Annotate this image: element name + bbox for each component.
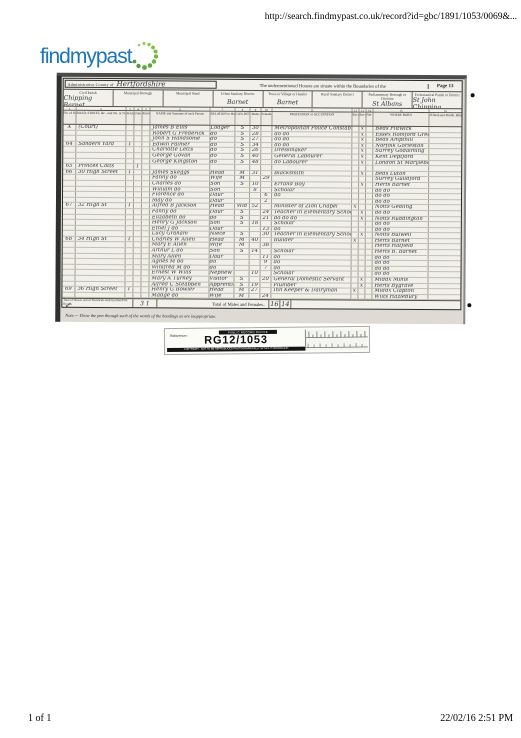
census-cell <box>429 205 461 210</box>
census-cell <box>235 199 250 204</box>
census-cell: 24 <box>261 210 272 215</box>
census-cell <box>126 243 134 248</box>
census-cell: 28 <box>250 132 261 137</box>
census-cell <box>359 250 366 255</box>
census-cell: M <box>235 171 250 176</box>
census-body: X(Court)James B EllisLodgerS30Metropolit… <box>62 125 461 301</box>
census-cell <box>126 136 134 141</box>
census-cell <box>366 132 373 137</box>
census-cell: Wid <box>235 204 250 209</box>
census-cell <box>134 142 142 147</box>
census-cell <box>134 215 142 220</box>
census-cell <box>142 215 150 220</box>
census-cell: Charles do <box>150 181 210 186</box>
census-cell <box>125 282 133 287</box>
census-cell <box>261 160 272 165</box>
census-cell: Ernest W Wills <box>150 271 210 276</box>
census-cell <box>359 177 366 182</box>
column-number: 4 <box>135 107 143 110</box>
census-cell: 7 <box>261 266 272 271</box>
census-cell <box>261 171 272 176</box>
census-cell: S <box>235 143 250 148</box>
census-cell <box>352 149 359 154</box>
census-cell <box>126 226 134 231</box>
district-value <box>163 95 212 106</box>
census-cell <box>373 166 429 171</box>
census-cell: Head <box>210 204 235 209</box>
census-cell <box>429 211 461 216</box>
census-cell <box>365 294 372 299</box>
census-cell: x <box>359 138 366 143</box>
census-cell: Middx Clapton <box>372 289 428 294</box>
column-header: Rooms if less than 5 <box>142 111 150 124</box>
census-cell <box>142 232 150 237</box>
census-cell <box>126 215 134 220</box>
census-cell: 32 High St <box>76 203 126 208</box>
census-cell <box>429 155 461 160</box>
census-cell: 1 <box>126 237 134 242</box>
census-cell <box>126 198 134 203</box>
census-cell <box>359 255 366 260</box>
census-cell: London St Marylebone <box>373 160 429 165</box>
census-cell: Alfred C Steabben <box>149 282 209 287</box>
census-cell: 10 <box>250 271 261 276</box>
district-column: Town or Village or HamletBarnet <box>263 91 313 107</box>
census-cell <box>429 272 461 277</box>
census-cell <box>134 209 142 214</box>
census-cell <box>250 255 261 260</box>
census-cell <box>429 149 461 154</box>
census-cell <box>250 260 261 265</box>
census-cell <box>63 270 76 275</box>
census-cell <box>142 265 150 270</box>
column-header: Females <box>261 112 272 125</box>
census-cell: Errand Boy <box>272 182 352 187</box>
census-cell: S <box>235 215 250 220</box>
census-cell: Mary E Allen <box>150 243 210 248</box>
census-cell <box>76 186 126 191</box>
district-column: Municipal Borough <box>113 90 163 106</box>
census-cell <box>429 261 461 266</box>
census-cell: Minister of Zion Chapel <box>272 204 352 209</box>
census-cell <box>429 144 461 149</box>
census-cell <box>250 227 261 232</box>
census-cell <box>126 131 134 136</box>
census-cell <box>76 130 126 135</box>
census-cell <box>134 243 142 248</box>
census-cell: M <box>235 176 250 181</box>
census-cell <box>352 255 359 260</box>
admin-county-label: Administrative County of <box>68 81 114 86</box>
census-cell <box>76 181 126 186</box>
census-cell <box>126 231 134 236</box>
census-cell <box>261 165 272 170</box>
census-cell <box>366 183 373 188</box>
census-cell <box>63 253 76 258</box>
census-cell <box>352 261 359 266</box>
census-cell: S <box>235 232 250 237</box>
record-label-inner: PUBLIC RECORD OFFICE Reference:- RG12/10… <box>167 329 367 352</box>
district-value: Chipping Barnet <box>64 95 113 106</box>
census-cell: James B Ellis <box>150 125 210 130</box>
census-cell <box>429 217 461 222</box>
census-cell <box>142 237 150 242</box>
census-cell <box>250 193 261 198</box>
census-cell: Daur <box>210 210 235 215</box>
census-cell <box>429 166 461 171</box>
census-cell: General Domestic Servant <box>271 277 351 282</box>
census-cell <box>142 125 150 130</box>
census-cell <box>352 160 359 165</box>
totals-spacer <box>157 300 212 308</box>
census-cell: 31 <box>250 171 261 176</box>
census-cell <box>428 289 460 294</box>
census-cell <box>351 283 358 288</box>
census-cell <box>126 259 134 264</box>
copyright-bar: COPYRIGHT - NOT TO BE REPRODUCED PHOTOGR… <box>167 347 305 352</box>
census-cell <box>366 233 373 238</box>
census-cell <box>359 205 366 210</box>
census-cell <box>126 220 134 225</box>
census-cell: Princes Cotts <box>76 164 126 169</box>
census-cell <box>429 189 461 194</box>
census-cell: 9 <box>261 260 272 265</box>
census-cell: Teacher in Elementary School <box>272 232 352 237</box>
census-cell: Beds Ampthill <box>373 138 429 143</box>
census-cell: do do <box>373 227 429 232</box>
census-cell <box>429 200 461 205</box>
census-cell: 11 <box>261 255 272 260</box>
census-cell <box>76 254 126 259</box>
census-cell: Alfred B Jackson <box>150 204 210 209</box>
census-cell <box>365 283 372 288</box>
census-cell: 1 <box>125 287 133 292</box>
column-header: WHERE BORN <box>373 113 429 126</box>
census-cell <box>261 154 272 159</box>
census-cell <box>366 199 373 204</box>
census-cell <box>429 228 461 233</box>
column-header: RELATION to Head of Family <box>210 112 235 125</box>
census-cell: Herts B. Barnet <box>373 250 429 255</box>
district-value: Barnet <box>213 96 262 107</box>
census-cell: x <box>352 238 359 243</box>
district-column: Parliamentary Borough or DivisionSt Alba… <box>363 92 413 108</box>
census-cell <box>75 281 125 286</box>
census-footnote: Note.— Draw the pen through such of the … <box>65 313 216 319</box>
census-cell <box>76 259 126 264</box>
census-cell <box>366 272 373 277</box>
census-cell <box>366 244 373 249</box>
census-cell <box>358 294 365 299</box>
census-cell <box>76 231 126 236</box>
district-column: Ecclesiastical Parish or DistrictSt John… <box>413 92 462 108</box>
census-cell: Middx Mims <box>372 278 428 283</box>
census-cell <box>126 181 134 186</box>
census-cell: M <box>235 243 250 248</box>
census-cell: 20 <box>260 277 271 282</box>
census-cell <box>126 271 134 276</box>
district-label: Parliamentary Borough or Division <box>363 92 412 101</box>
census-cell: S <box>235 210 250 215</box>
census-cell <box>261 182 272 187</box>
census-cell <box>429 133 461 138</box>
census-cell <box>359 199 366 204</box>
column-number: 11 <box>273 108 353 111</box>
census-cell <box>126 187 134 192</box>
census-cell: Lucy Graham <box>150 232 210 237</box>
column-number: 12 <box>353 109 360 112</box>
census-cell <box>63 136 76 141</box>
totals-females: 14 <box>279 301 290 309</box>
census-cell <box>366 160 373 165</box>
census-cell <box>142 148 150 153</box>
census-cell <box>366 250 373 255</box>
census-cell <box>63 130 76 135</box>
census-cell <box>359 222 366 227</box>
census-cell <box>142 271 150 276</box>
census-cell: x <box>358 278 365 283</box>
census-cell: Scholar <box>272 249 352 254</box>
census-cell: Lodger <box>210 126 235 131</box>
census-cell <box>272 165 352 170</box>
census-cell <box>134 181 142 186</box>
census-cell <box>359 238 366 243</box>
census-cell <box>75 293 125 298</box>
census-cell: do do <box>373 255 429 260</box>
census-cell <box>150 164 210 169</box>
census-cell: do <box>210 154 235 159</box>
census-cell <box>352 233 359 238</box>
census-cell <box>141 293 149 298</box>
census-cell <box>352 171 359 176</box>
census-cell: Herts Barnet <box>373 239 429 244</box>
totals-row: Total of Houses and of Tenements with le… <box>62 298 460 309</box>
census-cell: S <box>235 137 250 142</box>
census-cell <box>429 222 461 227</box>
census-cell <box>365 289 372 294</box>
census-cell <box>261 137 272 142</box>
census-cell <box>235 266 250 271</box>
census-cell <box>366 255 373 260</box>
census-cell: Notts Gedling <box>373 205 429 210</box>
census-cell: do <box>272 227 352 232</box>
census-cell <box>76 136 126 141</box>
census-cell <box>366 227 373 232</box>
census-cell: May do <box>150 198 210 203</box>
census-cell: Madge do <box>149 293 209 298</box>
column-header: CON-DITION as to Marriage <box>235 112 250 125</box>
census-cell: do do <box>373 211 429 216</box>
census-cell: 64 <box>63 142 76 147</box>
census-cell: S <box>234 282 249 287</box>
census-cell <box>261 249 272 254</box>
census-cell <box>76 226 126 231</box>
print-preview-page: http://search.findmypast.co.uk/record?id… <box>0 0 521 738</box>
census-cell <box>63 175 76 180</box>
census-cell: Head <box>210 170 235 175</box>
census-cell: 67 <box>63 203 76 208</box>
census-cell: 68 <box>63 237 76 242</box>
census-cell <box>351 278 358 283</box>
census-cell <box>134 131 142 136</box>
census-cell: do <box>210 137 235 142</box>
census-cell <box>125 276 133 281</box>
census-cell <box>359 227 366 232</box>
boundary-note: The undermentioned Houses are situate wi… <box>218 82 428 88</box>
census-cell: x <box>359 216 366 221</box>
census-cell <box>63 147 76 152</box>
census-cell <box>134 204 142 209</box>
census-cell <box>352 199 359 204</box>
census-cell: do <box>210 159 235 164</box>
census-cell: Henry G Bowler <box>149 288 209 293</box>
census-cell <box>76 214 126 219</box>
census-cell: do <box>210 142 235 147</box>
census-cell <box>63 220 76 225</box>
district-value: St Albans <box>363 101 412 108</box>
census-cell <box>352 166 359 171</box>
census-cell <box>261 126 272 131</box>
census-cell <box>352 177 359 182</box>
column-number: 14 <box>367 109 374 112</box>
district-column: Civil ParishChipping Barnet <box>64 90 114 106</box>
census-cell <box>142 243 150 248</box>
census-cell <box>134 226 142 231</box>
census-cell: 6 <box>261 193 272 198</box>
census-cell <box>429 127 461 132</box>
census-cell: Robert G Frederick <box>150 131 210 136</box>
census-cell: 36 High Street <box>75 287 125 292</box>
census-cell <box>261 132 272 137</box>
census-cell <box>366 166 373 171</box>
census-cell <box>366 205 373 210</box>
census-cell <box>142 176 150 181</box>
census-cell: do do <box>373 188 429 193</box>
census-cell <box>133 282 141 287</box>
census-cell: do <box>210 260 235 265</box>
census-cell: x <box>359 171 366 176</box>
census-cell: Builder <box>272 238 352 243</box>
census-cell: Fanny do <box>150 176 210 181</box>
census-cell <box>133 276 141 281</box>
census-cell <box>63 265 76 270</box>
url-header: http://search.findmypast.co.uk/record?id… <box>265 12 517 22</box>
census-cell <box>352 143 359 148</box>
column-number: 3 <box>127 107 135 110</box>
census-cell: S <box>235 131 250 136</box>
census-cell <box>352 250 359 255</box>
census-cell <box>352 194 359 199</box>
admin-county-value: Hertfordshire <box>117 80 166 88</box>
census-cell: 24 <box>260 294 271 299</box>
census-cell <box>134 159 142 164</box>
census-cell: 1 <box>126 203 134 208</box>
census-cell <box>134 148 142 153</box>
census-cell: do do <box>373 272 429 277</box>
census-cell <box>63 259 76 264</box>
census-cell <box>359 244 366 249</box>
census-cell: Sanders Yard <box>76 142 126 147</box>
census-cell: do Labourer <box>272 160 352 165</box>
column-header: Males <box>250 112 261 125</box>
census-cell: Beds Luton <box>373 171 429 176</box>
census-cell <box>429 233 461 238</box>
census-cell <box>366 149 373 154</box>
column-number: 16 <box>430 109 462 112</box>
houses-total-value: 3 1 <box>133 300 157 308</box>
census-cell <box>366 216 373 221</box>
census-cell <box>134 254 142 259</box>
census-cell <box>142 226 150 231</box>
census-cell <box>142 198 150 203</box>
census-cell: Son <box>210 182 235 187</box>
census-cell <box>63 209 76 214</box>
census-cell: Ethel J do <box>150 226 210 231</box>
census-page-number: Page 13 <box>428 84 462 89</box>
totals-label: Total of Males and Females.. <box>212 302 268 307</box>
census-cell: x <box>359 132 366 137</box>
census-cell: Daur <box>210 254 235 259</box>
census-cell <box>235 254 250 259</box>
census-cell <box>142 131 150 136</box>
census-cell: Nephew <box>210 271 235 276</box>
census-cell <box>126 164 134 169</box>
column-header: If Deaf-and-Dumb, Blind, Lunatic or Idio… <box>429 113 461 126</box>
column-header: Unin-hab-ited (U.) <box>134 111 142 124</box>
census-cell <box>352 155 359 160</box>
census-cell: Niece <box>210 232 235 237</box>
census-cell: 1 <box>126 170 134 175</box>
census-cell <box>428 295 460 300</box>
census-cell <box>76 192 126 197</box>
census-cell: do do <box>373 194 429 199</box>
census-cell: do <box>272 193 352 198</box>
census-cell: Wife <box>210 243 235 248</box>
page-count: 1 of 1 <box>28 713 51 724</box>
census-cell <box>76 248 126 253</box>
census-cell <box>261 188 272 193</box>
census-cell: x <box>359 183 366 188</box>
column-number: 13 <box>360 109 367 112</box>
admin-county-box: Administrative County of Hertfordshire <box>65 80 217 89</box>
census-cell: S <box>235 159 250 164</box>
census-cell: 2 <box>261 199 272 204</box>
census-cell <box>235 271 250 276</box>
census-cell <box>250 165 261 170</box>
district-column: Urban Sanitary DistrictBarnet <box>213 91 263 107</box>
census-cell <box>134 232 142 237</box>
census-cell <box>261 143 272 148</box>
census-cell <box>142 142 150 147</box>
census-cell <box>63 225 76 230</box>
census-cell: Notts Bulwell <box>373 233 429 238</box>
census-cell: 30 High Street <box>76 170 126 175</box>
census-cell <box>141 282 149 287</box>
column-number: 10 <box>262 108 273 111</box>
census-cell: S <box>235 221 250 226</box>
census-cell: Daur <box>210 226 235 231</box>
census-cell <box>62 281 75 286</box>
census-cell <box>365 278 372 283</box>
census-cell <box>429 239 461 244</box>
census-cell: Norfolk Gorleston <box>373 143 429 148</box>
census-cell <box>250 266 261 271</box>
census-cell <box>142 260 150 265</box>
census-cell: do do <box>272 137 352 142</box>
census-cell <box>250 176 261 181</box>
column-number: 5 <box>143 107 151 110</box>
census-cell: Plumber <box>271 283 351 288</box>
